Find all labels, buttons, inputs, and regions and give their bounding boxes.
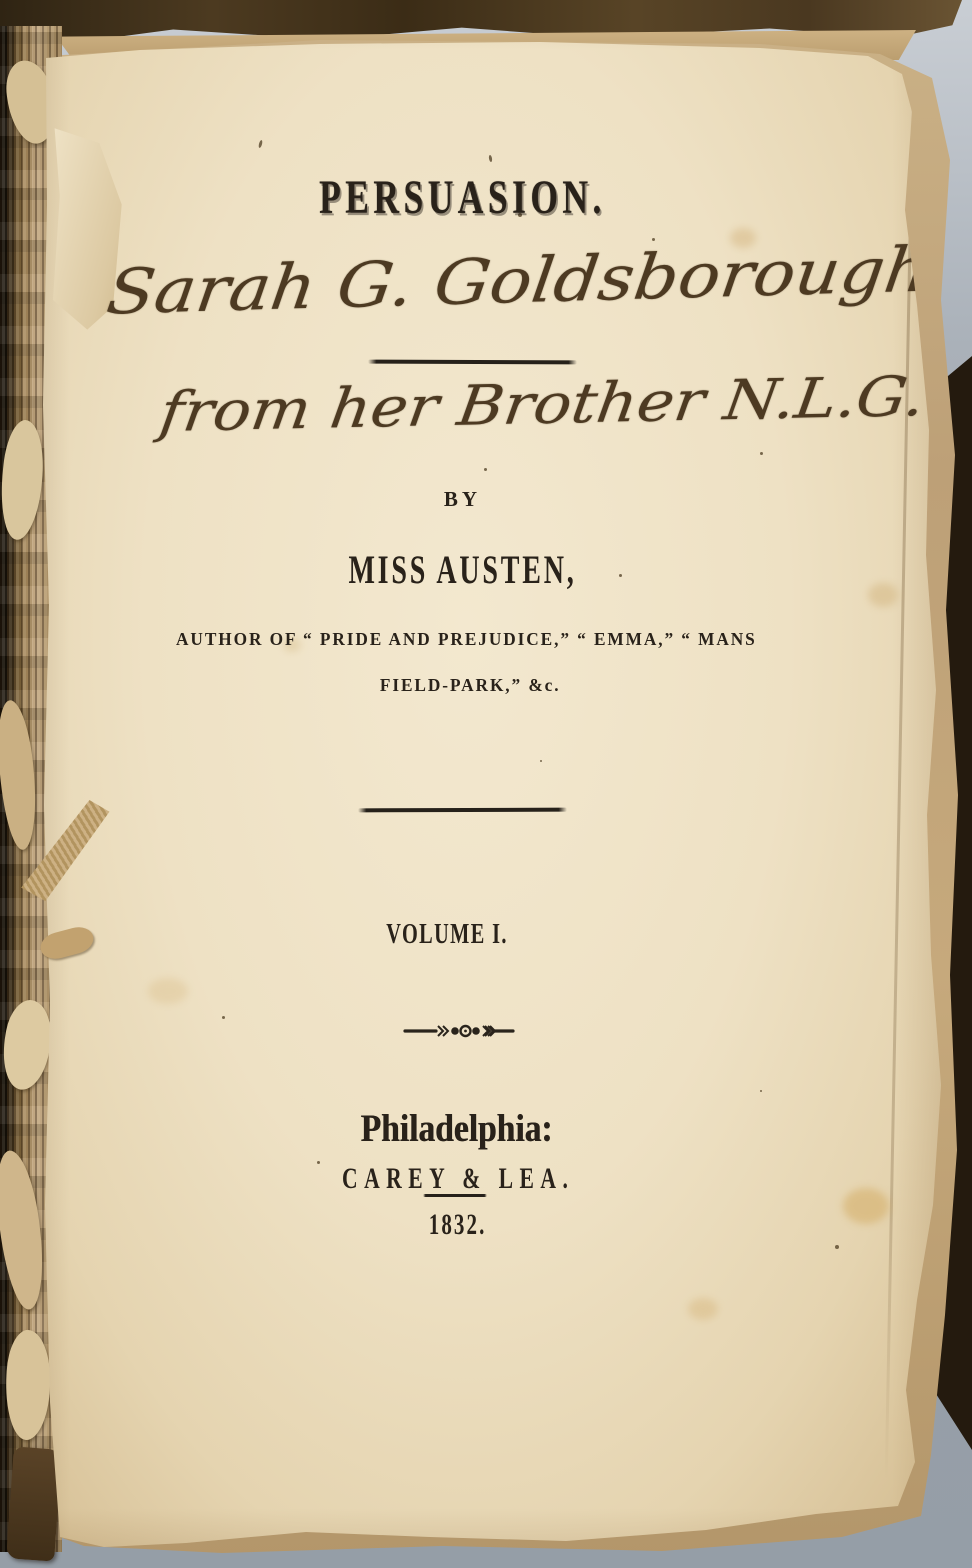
foxing-spot xyxy=(488,155,492,162)
handwritten-inscription-line1: Sarah G. Goldsborough xyxy=(41,231,972,331)
printed-rule xyxy=(423,1194,487,1197)
foxing-spot xyxy=(484,468,487,471)
byline-label: BY xyxy=(40,487,885,512)
imprint-city: Philadelphia: xyxy=(93,1106,820,1151)
stain-mark xyxy=(843,1188,889,1224)
foxing-spot xyxy=(540,760,542,762)
book-title: PERSUASION. xyxy=(150,170,775,225)
foxing-spot xyxy=(835,1245,839,1249)
foxing-spot xyxy=(222,1016,225,1019)
volume-label: VOLUME I. xyxy=(151,918,743,951)
book-photograph: PERSUASION. Sarah G. Goldsborough from h… xyxy=(0,0,972,1568)
author-credits-line1: AUTHOR OF “ PRIDE AND PREJUDICE,” “ EMMA… xyxy=(61,629,872,650)
foxing-spot xyxy=(760,452,763,455)
author-name: MISS AUSTEN, xyxy=(167,546,759,593)
foxing-spot xyxy=(760,1090,762,1092)
printer-ornament-icon xyxy=(403,1022,515,1040)
imprint-publisher: CAREY & LEA. xyxy=(154,1162,762,1196)
stain-mark xyxy=(868,583,898,607)
leather-fragment xyxy=(6,1446,62,1561)
foxing-spot xyxy=(258,140,263,149)
author-credits-line2: FIELD-PARK,” &c. xyxy=(65,675,876,696)
stain-mark xyxy=(148,978,188,1004)
stain-mark xyxy=(688,1298,718,1320)
title-page: PERSUASION. Sarah G. Goldsborough from h… xyxy=(0,0,972,1568)
handwritten-inscription-line2: from her Brother N.L.G. xyxy=(57,362,972,446)
imprint-year: 1832. xyxy=(162,1208,754,1242)
printed-rule xyxy=(358,808,567,812)
printed-rule xyxy=(368,360,577,364)
